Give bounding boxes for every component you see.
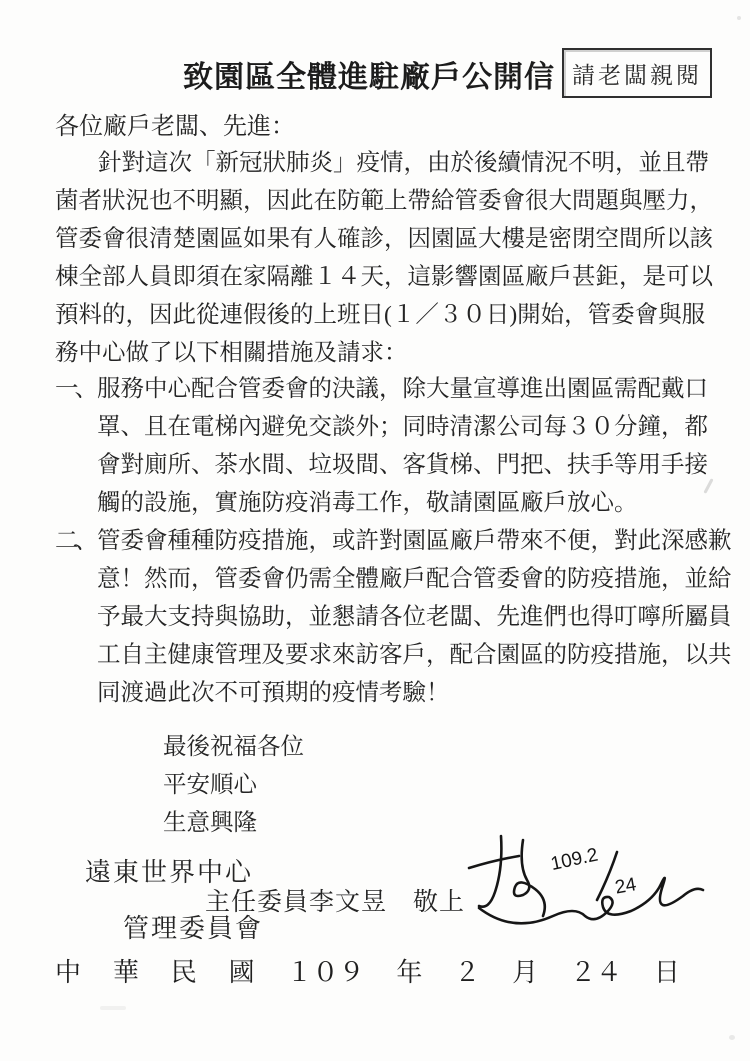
signature-block: 遠東世界中心 主任委員李文昱 敬上 管理委員會 109.2 24	[55, 850, 712, 950]
date-token: 中	[55, 956, 81, 990]
measure-item-2: 二、 管委會種種防疫措施，或許對園區廠戶帶來不便，對此深感歉 意！然而，管委會仍…	[55, 522, 712, 712]
date-token: ２４	[570, 956, 622, 990]
intro-paragraph: 針對這次「新冠狀肺炎」疫情，由於後續情況不明，並且帶 菌者狀況也不明顯，因此在防…	[55, 144, 712, 372]
date-token: 民	[171, 956, 197, 990]
sender-org-line2: 管理委員會	[123, 908, 263, 945]
intro-line: 務中心做了以下相關措施及請求：	[55, 334, 712, 372]
signature-stroke	[514, 840, 545, 916]
signature-date-bottom: 24	[613, 874, 638, 898]
date-token: 日	[654, 956, 680, 990]
date-token: 年	[396, 956, 422, 990]
date-token: 月	[512, 956, 538, 990]
date-token: 華	[113, 956, 139, 990]
measure-list: 一、 服務中心配合管委會的決議，除大量宣導進出園區需配戴口 罩、且在電梯內避免交…	[55, 370, 712, 712]
item-line: 觸的設施，實施防疫消毒工作，敬請園區廠戶放心。	[97, 484, 712, 522]
date-token: １０９	[287, 956, 365, 990]
intro-line: 菌者狀況也不明顯，因此在防範上帶給管委會很大問題與壓力，	[55, 182, 712, 220]
salutation: 各位廠戶老闆、先進：	[55, 110, 712, 144]
signature-stroke	[479, 878, 703, 923]
intro-line: 棟全部人員即須在家隔離１４天，這影響園區廠戶甚鉅，是可以	[55, 258, 712, 296]
scanned-letter-page: 致園區全體進駐廠戶公開信 請老闆親閱 各位廠戶老闆、先進： 針對這次「新冠狀肺炎…	[0, 0, 750, 1061]
item-line: 服務中心配合管委會的決議，除大量宣導進出園區需配戴口	[97, 370, 712, 408]
scan-artifact	[100, 1006, 126, 1010]
date-token: 國	[229, 956, 255, 990]
attention-stamp-box: 請老闆親閱	[562, 48, 712, 98]
measure-item-1: 一、 服務中心配合管委會的決議，除大量宣導進出園區需配戴口 罩、且在電梯內避免交…	[55, 370, 712, 522]
republic-date-line: 中 華 民 國 １０９ 年 ２ 月 ２４ 日	[55, 956, 680, 990]
intro-line: 針對這次「新冠狀肺炎」疫情，由於後續情況不明，並且帶	[55, 144, 712, 182]
item-marker: 一、	[55, 370, 94, 408]
letter-header: 致園區全體進駐廠戶公開信 請老闆親閱	[55, 48, 712, 98]
handwritten-signature: 109.2 24	[457, 822, 709, 944]
scan-artifact	[737, 16, 741, 20]
item-line: 意！然而，管委會仍需全體廠戶配合管委會的防疫措施，並給	[97, 560, 712, 598]
signature-stroke	[469, 856, 519, 868]
item-line: 罩、且在電梯內避免交談外；同時清潔公司每３０分鐘，都	[97, 408, 712, 446]
scan-artifact	[729, 1035, 735, 1040]
closing-line: 平安順心	[163, 766, 712, 804]
item-line: 管委會種種防疫措施，或許對園區廠戶帶來不便，對此深感歉	[97, 522, 712, 560]
item-line: 會對廁所、茶水間、垃圾間、客貨梯、門把、扶手等用手接	[97, 446, 712, 484]
intro-line: 管委會很清楚園區如果有人確診，因園區大樓是密閉空間所以該	[55, 220, 712, 258]
signature-stroke	[479, 836, 501, 907]
signature-stroke	[597, 852, 617, 900]
date-token: ２	[454, 956, 480, 990]
item-line: 工自主健康管理及要求來訪客戶，配合園區的防疫措施，以共	[97, 636, 712, 674]
letter-title: 致園區全體進駐廠戶公開信	[183, 52, 555, 96]
intro-line: 預料的，因此從連假後的上班日(１／３０日)開始，管委會與服	[55, 296, 712, 334]
item-line: 同渡過此次不可預期的疫情考驗！	[97, 674, 712, 712]
signature-date-top: 109.2	[549, 845, 600, 875]
item-marker: 二、	[55, 522, 94, 560]
item-line: 予最大支持與協助，並懇請各位老闆、先進們也得叮嚀所屬員	[97, 598, 712, 636]
closing-line: 最後祝福各位	[163, 728, 712, 766]
